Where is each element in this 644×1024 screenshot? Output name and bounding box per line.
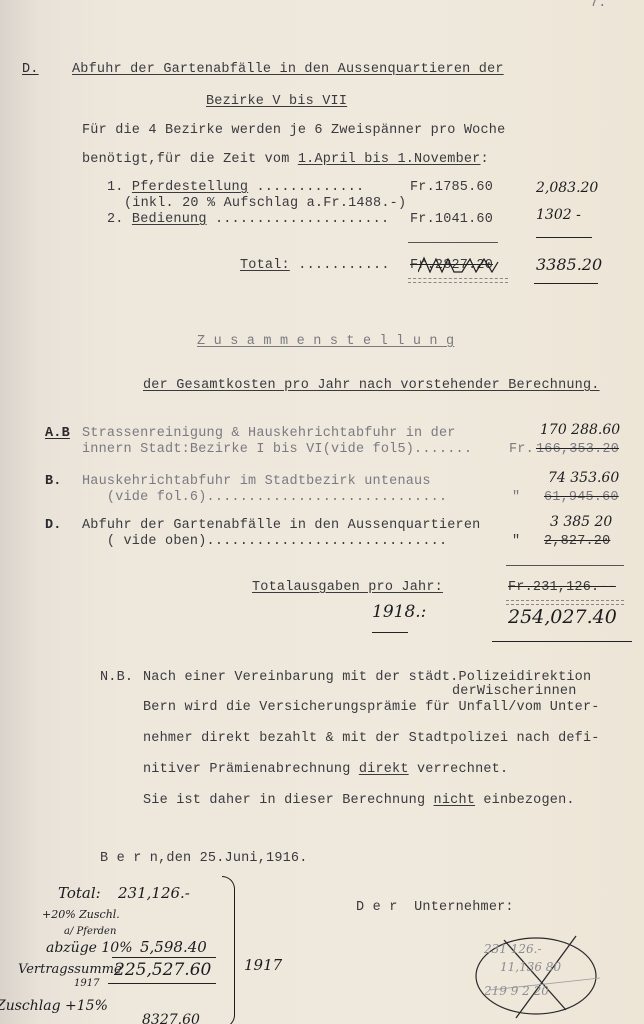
margin-brace-year: 1917: [244, 956, 282, 974]
margin-partial-value: 8327.60: [142, 1012, 200, 1024]
item-dots: .............: [248, 180, 364, 195]
page-number: 7.: [590, 0, 607, 11]
note-line4-text: nitiver Prämienabrechnung: [143, 762, 359, 777]
summary-row-ab-letter: A.B: [45, 426, 70, 441]
section-title-line2: Bezirke V bis VII: [206, 94, 347, 109]
summary-row-ab-line2: innern Stadt:Bezirke I bis VI(vide fol5)…: [82, 442, 472, 457]
margin-zuschlag-note-1: +20% Zuschl.: [42, 908, 120, 921]
margin-subtract-rule: [112, 957, 216, 958]
summary-heading: Z u s a m m e n s t e l l u n g: [197, 334, 454, 349]
section-title-line1: Abfuhr der Gartenabfälle in den Aussenqu…: [72, 62, 504, 77]
handwritten-sum-rule: [536, 237, 592, 238]
summary-row-b-line1: Hauskehrichtabfuhr im Stadtbezirk untena…: [82, 474, 431, 489]
intro-line2: benötigt,für die Zeit vom 1.April bis 1.…: [82, 152, 489, 167]
pencil-calc-line3: 219 9 2 20: [484, 984, 549, 998]
item-bedienung: 2. Bedienung .....................: [107, 212, 389, 227]
note-line5: Sie ist daher in dieser Berechnung nicht…: [143, 793, 575, 808]
item-pferdestellung-note: (inkl. 20 % Aufschlag a.Fr.1488.-): [124, 196, 406, 211]
note-insertion: derWischerinnen: [452, 684, 577, 699]
note-line5-text: Sie ist daher in dieser Berechnung: [143, 793, 434, 808]
margin-abzug-value: 5,598.40: [140, 938, 207, 956]
summary-row-b-line2: (vide fol.6)............................…: [82, 490, 447, 505]
summary-total-amount-struck: Fr.231,126.--: [508, 580, 616, 595]
intro-line2-text: benötigt,für die Zeit vom: [82, 152, 298, 167]
summary-total-label: Totalausgaben pro Jahr:: [252, 580, 443, 595]
summary-row-d-handwritten: 3 385 20: [550, 514, 612, 530]
summary-sum-rule: [506, 565, 624, 566]
summary-row-d-letter: D.: [45, 518, 62, 533]
margin-total-value: 231,126.-: [118, 884, 190, 902]
item-dots: .....................: [207, 212, 390, 227]
summary-total-double-rule: [506, 600, 624, 605]
summary-row-b-amount-struck: 61,945.60: [544, 490, 619, 505]
summary-row-d-prefix: ": [512, 534, 520, 549]
margin-vertrag-rule: [108, 983, 216, 984]
note-line2: Bern wird die Versicherungsprämie für Un…: [143, 700, 600, 715]
handwritten-total: 3385.20: [536, 255, 602, 274]
margin-zuschlag-note-2: a/ Pferden: [64, 926, 116, 937]
summary-row-b-prefix: ": [512, 490, 520, 505]
signature-label: D e r Unternehmer:: [356, 900, 514, 915]
total-double-rule: [408, 278, 508, 283]
section-letter: D.: [22, 62, 39, 77]
margin-vertrag-value: 225,527.60: [114, 960, 211, 980]
margin-zuschlag-label: Zuschlag +15%: [0, 998, 108, 1014]
summary-row-b-handwritten: 74 353.60: [548, 470, 619, 486]
note-emph-direkt: direkt: [359, 762, 409, 777]
intro-period: 1.April bis 1.November: [298, 152, 481, 167]
summary-row-b-letter: B.: [45, 474, 62, 489]
summary-row-ab-handwritten: 170 288.60: [540, 422, 620, 438]
item-label: Pferdestellung: [132, 180, 248, 195]
item-label: Bedienung: [132, 212, 207, 227]
summary-row-d-line2: ( vide oben)............................…: [82, 534, 447, 549]
summary-subheading: der Gesamtkosten pro Jahr nach vorstehen…: [143, 378, 600, 393]
margin-total-label: Total:: [58, 884, 101, 902]
scribble-mark: [418, 256, 500, 276]
handwritten-pferdestellung: 2,083.20: [536, 180, 598, 196]
document-page: 7. D. Abfuhr der Gartenabfälle in den Au…: [0, 0, 644, 1024]
pencil-calc-line1: 231 126.-: [484, 942, 542, 956]
note-line3: nehmer direkt bezahlt & mit der Stadtpol…: [143, 731, 600, 746]
total-label: Total:: [240, 258, 290, 273]
note-line5-end: einbezogen.: [475, 793, 575, 808]
row-letter: A.B: [45, 426, 70, 441]
summary-row-d-line1: Abfuhr der Gartenabfälle in den Aussenqu…: [82, 518, 480, 533]
handwritten-total-rule: [534, 283, 598, 284]
note-prefix: N.B.: [100, 670, 133, 685]
margin-brace: [222, 876, 235, 1024]
note-emph-nicht: nicht: [434, 793, 476, 808]
pencil-calc-line2: 11,136 80: [500, 960, 561, 974]
margin-abzug-label: abzüge 10%: [46, 940, 133, 956]
note-line4-end: verrechnet.: [409, 762, 509, 777]
margin-vertrag-year: 1917: [74, 978, 99, 989]
intro-colon: :: [480, 152, 488, 167]
item-num: 1.: [107, 180, 124, 195]
summary-total-handwritten: 254,027.40: [508, 606, 617, 628]
margin-vertrag-label: Vertragssumme: [18, 962, 122, 977]
year-1918: 1918.:: [372, 602, 426, 622]
item-pferdestellung-amount: Fr.1785.60: [410, 180, 493, 195]
note-line1: Nach einer Vereinbarung mit der städt.Po…: [143, 670, 591, 685]
year-underline: [372, 632, 408, 633]
total-dots: ...........: [290, 258, 390, 273]
summary-row-d-amount-struck: 2,827.20: [544, 534, 610, 549]
intro-line1: Für die 4 Bezirke werden je 6 Zweispänne…: [82, 123, 505, 138]
summary-row-ab-prefix: Fr.: [509, 442, 534, 457]
item-pferdestellung: 1. Pferdestellung .............: [107, 180, 364, 195]
handwritten-bedienung: 1302 -: [536, 207, 581, 223]
item-num: 2.: [107, 212, 124, 227]
summary-row-ab-line1: Strassenreinigung & Hauskehrichtabfuhr i…: [82, 426, 456, 441]
item-bedienung-amount: Fr.1041.60: [410, 212, 493, 227]
note-line4: nitiver Prämienabrechnung direkt verrech…: [143, 762, 508, 777]
place-date: B e r n,den 25.Juni,1916.: [100, 851, 308, 866]
sum-rule: [408, 242, 498, 243]
summary-total-handwritten-rule: [492, 641, 632, 642]
summary-row-ab-amount-struck: 166,353.20: [536, 442, 619, 457]
